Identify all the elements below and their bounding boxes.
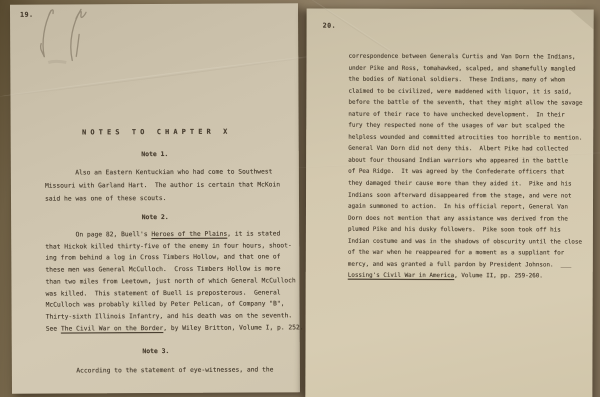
text-line: of Pea Ridge. It was agreed by the Confe… [348, 167, 582, 179]
text-line: again summoned to action. In his officia… [348, 202, 582, 214]
text-line: the bodies of National soldiers. These I… [348, 75, 582, 87]
text-line: before the battle of the seventh, that t… [348, 98, 582, 110]
page-number: 20. [323, 22, 336, 30]
text-line: fury they respected none of the usages o… [348, 121, 582, 133]
text-line: Lossing's Civil War in America, Volume I… [348, 271, 582, 283]
text-line: helpless wounded and committed atrocitie… [348, 132, 582, 144]
note-1-heading: Note 1. [25, 149, 285, 158]
text-line: claimed to be civilized, were maddened w… [348, 86, 582, 98]
text-line: Missouri with Garland Hart. The author i… [45, 179, 280, 193]
text-line: nature of their race to have unchecked d… [348, 109, 582, 121]
note-3-heading: Note 3. [26, 346, 286, 355]
text-line: under Pike and Ross, tomahawked, scalped… [348, 63, 582, 75]
note-3-text: According to the statement of eye-witnes… [46, 364, 274, 377]
text-line: According to the statement of eye-witnes… [46, 364, 274, 377]
text-line: Also an Eastern Kentuckian who had come … [45, 165, 280, 179]
note-2-text: On page 82, Buell's Heroes of the Plains… [45, 228, 303, 335]
manuscript-page-19: 19. N O T E S T O C H A P T E R X Note 1… [10, 3, 300, 394]
page-20-text: correspondence between Generals Curtis a… [348, 52, 583, 284]
text-line: plumed Pike and his dusky followers. Pik… [348, 225, 582, 237]
paper-corner-fold [570, 9, 594, 29]
text-line: Dorn does not mention that any assistanc… [348, 213, 582, 225]
text-line: mercy, and was granted a full pardon by … [348, 259, 582, 271]
text-line: correspondence between Generals Curtis a… [348, 52, 582, 64]
text-line: See The Civil War on the Border, by Wile… [46, 322, 304, 335]
photo-background: 19. N O T E S T O C H A P T E R X Note 1… [0, 0, 600, 397]
text-line: Indian costume and was in the shadows of… [348, 236, 582, 248]
page-number: 19. [20, 11, 33, 19]
text-line: General Van Dorn did not deny this. Albe… [348, 144, 582, 156]
pencil-scribble-marks [24, 4, 119, 68]
chapter-notes-title: N O T E S T O C H A P T E R X [25, 127, 285, 136]
text-line: said he was one of these scouts. [45, 192, 280, 206]
text-line: On page 82, Buell's Heroes of the Plains… [45, 228, 303, 241]
manuscript-page-20: 20. correspondence between Generals Curt… [305, 9, 593, 397]
text-line: they damaged their cause more than they … [348, 179, 582, 191]
text-line: of the war when he reappeared for a mome… [348, 248, 582, 260]
text-line: Thirty-sixth Illinois Infantry, and his … [46, 310, 304, 323]
text-line: Indians soon afterward disappeared from … [348, 190, 582, 202]
note-1-text: Also an Eastern Kentuckian who had come … [45, 165, 280, 206]
text-line: than two miles from Leetown, just north … [45, 275, 303, 288]
text-line: about four thousand Indian warriors who … [348, 156, 582, 168]
note-2-heading: Note 2. [25, 212, 285, 221]
